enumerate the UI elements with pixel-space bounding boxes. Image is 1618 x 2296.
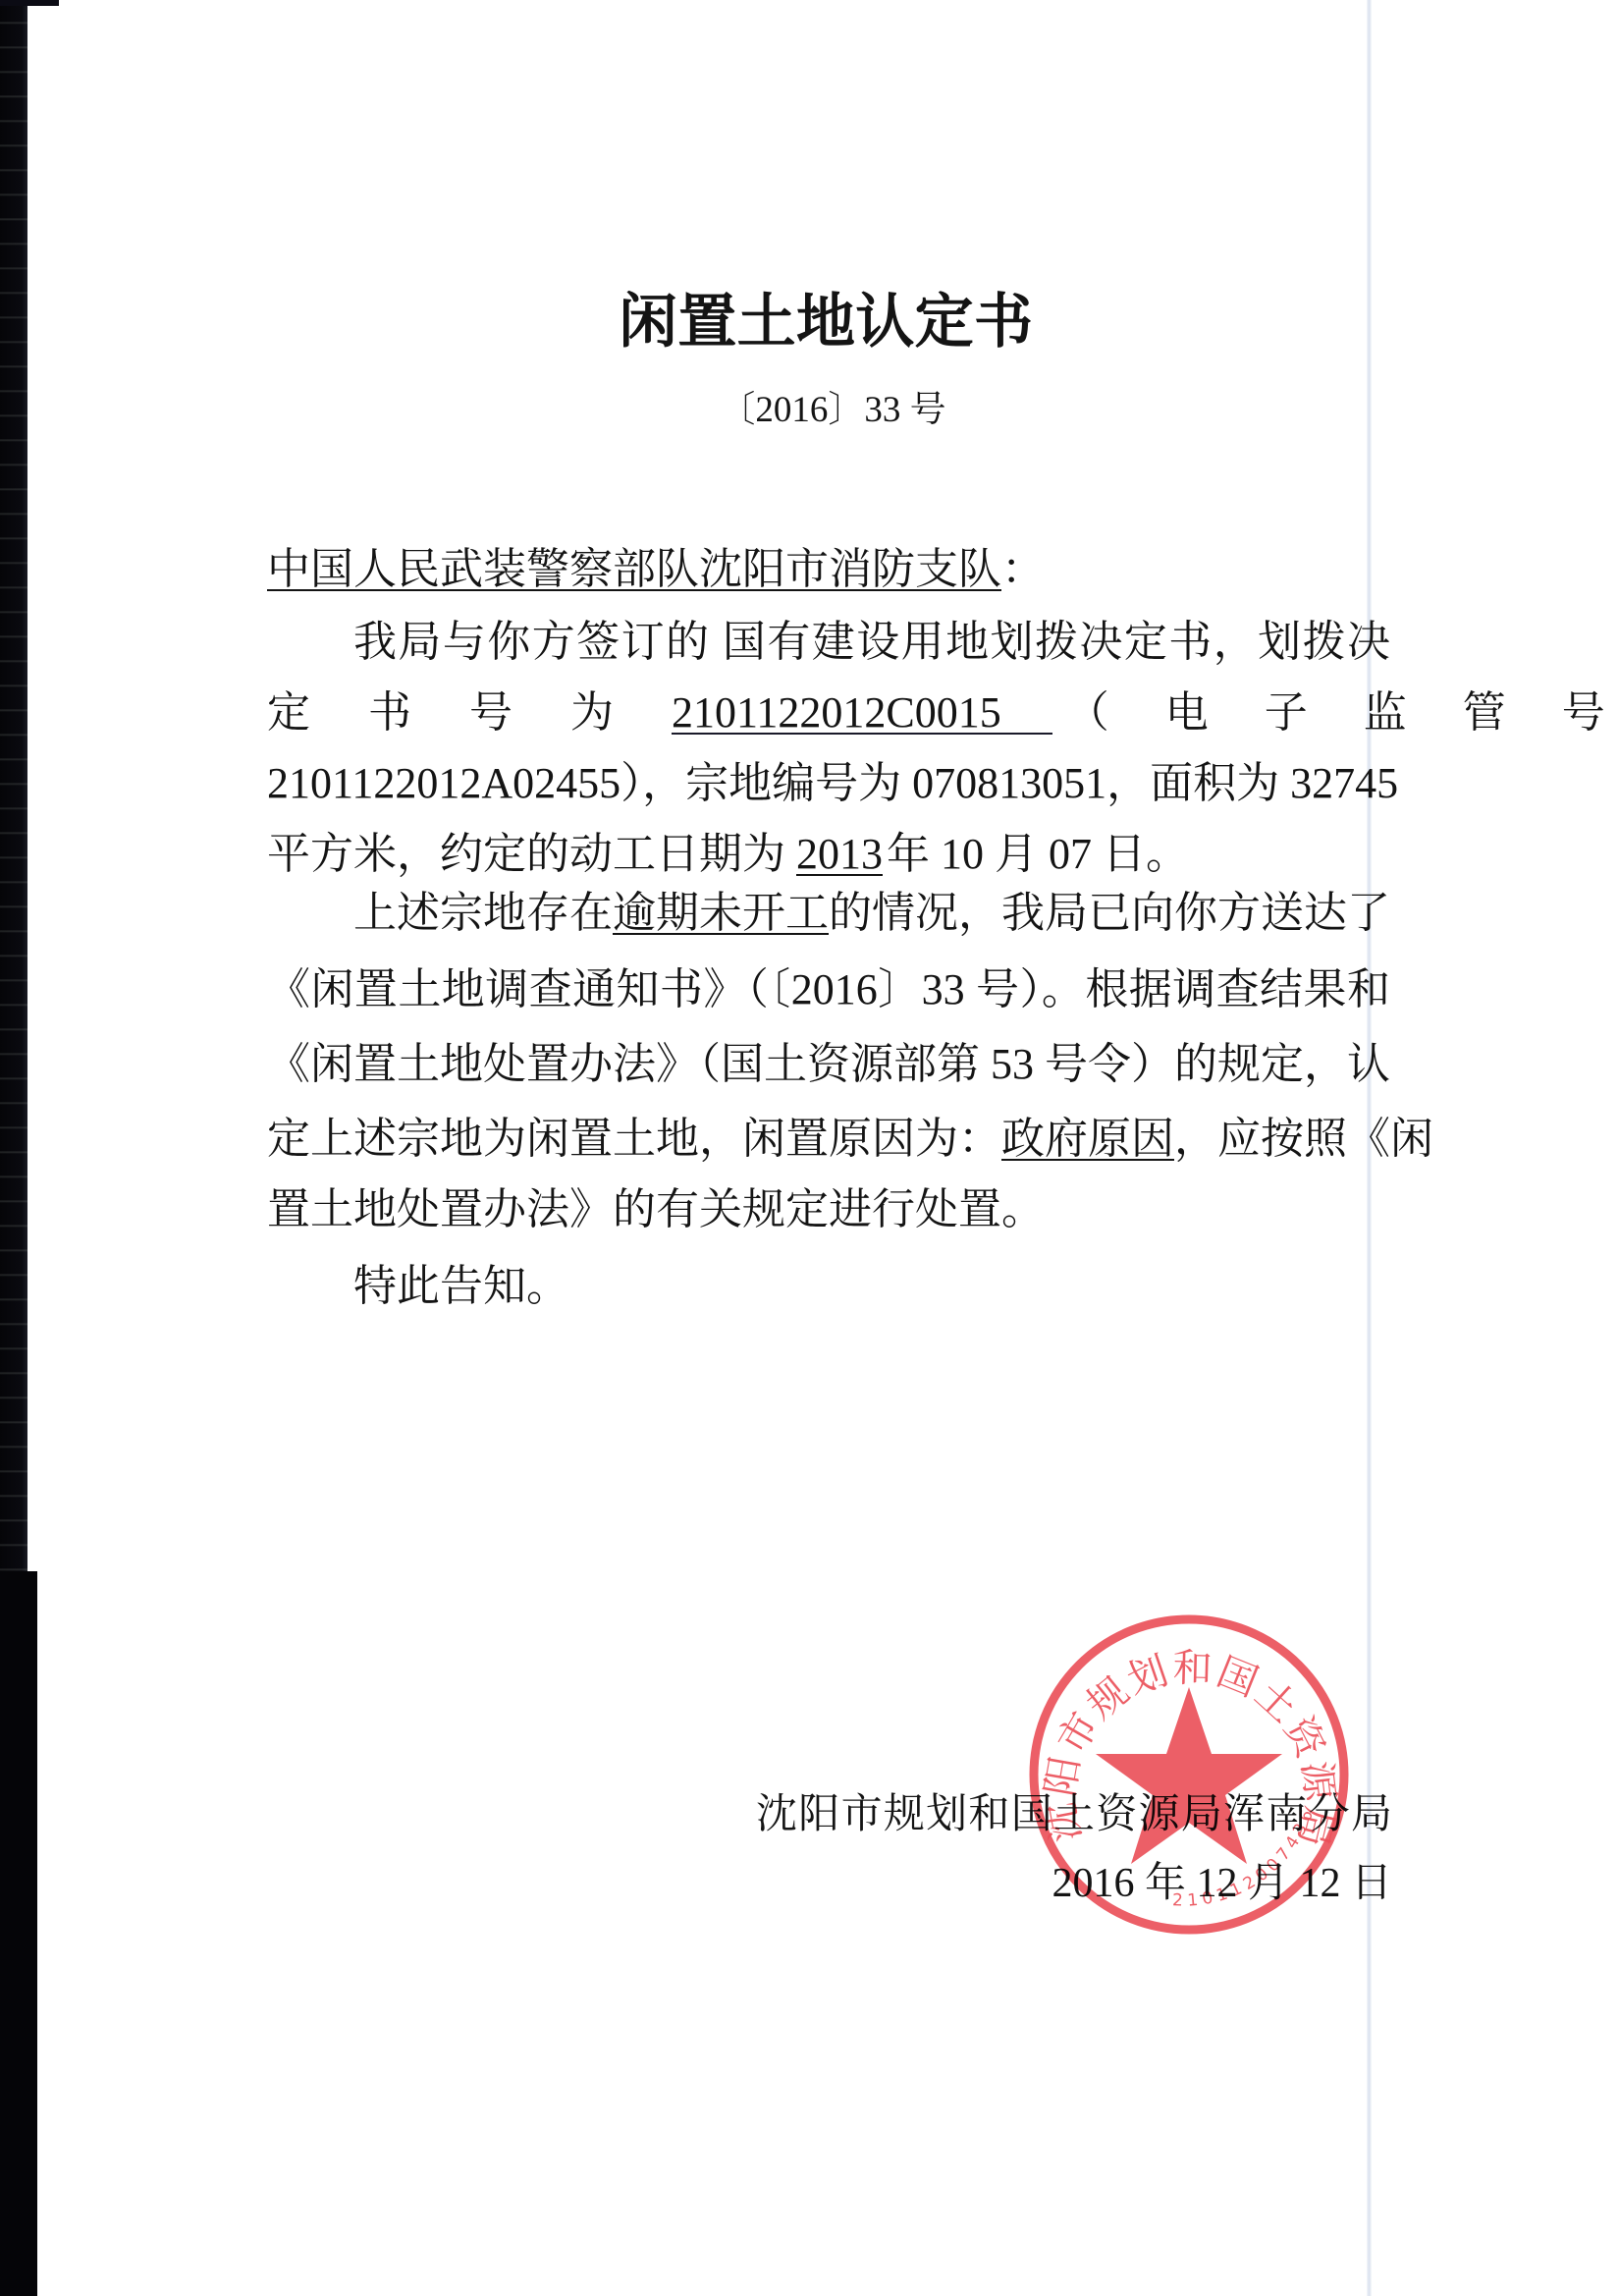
- addressee-line: 中国人民武装警察部队沈阳市消防支队：: [267, 548, 1045, 591]
- decision-label: 定 书 号 为: [267, 688, 672, 737]
- idle-status: 逾期未开工: [613, 889, 829, 937]
- paragraph2-line2: 《闲置土地调查通知书》（〔2016〕33 号）。根据调查结果和: [267, 968, 1390, 1011]
- document-title: 闲置土地认定书: [619, 291, 1033, 354]
- paragraph2-line4: 定上述宗地为闲置土地，闲置原因为：政府原因，应按照《闲: [267, 1118, 1390, 1161]
- paragraph2-line1-prefix: 上述宗地存在: [353, 889, 613, 937]
- document-number: 〔2016〕33 号: [717, 391, 948, 430]
- paragraph2-line3: 《闲置土地处置办法》（国土资源部第 53 号令）的规定，认: [267, 1043, 1390, 1086]
- addressee: 中国人民武装警察部队沈阳市消防支队: [267, 545, 1001, 593]
- scan-border-left-lower: [0, 1571, 37, 2296]
- paragraph2-line1: 上述宗地存在逾期未开工的情况，我局已向你方送达了: [353, 892, 1390, 935]
- start-date-rest: 年 10 月 07 日。: [887, 830, 1189, 878]
- issue-date: 2016 年 12 月 12 日: [1041, 1862, 1392, 1905]
- start-year: 2013: [796, 830, 887, 878]
- paragraph1-line2: 定 书 号 为 2101122012C0015（ 电 子 监 管 号 为: [267, 691, 1390, 735]
- star-icon: [1096, 1687, 1282, 1864]
- supervision-label: （ 电 子 监 管 号 为: [1066, 688, 1618, 737]
- paragraph2-line5: 置土地处置办法》的有关规定进行处置。: [267, 1188, 1045, 1231]
- decision-number: 2101122012C0015: [672, 693, 1052, 735]
- paragraph2-line4-suffix: ，应按照《闲: [1174, 1115, 1433, 1163]
- paragraph1-line3: 2101122012A02455），宗地编号为 070813051，面积为 32…: [267, 762, 1390, 805]
- closing: 特此告知。: [353, 1265, 569, 1308]
- idle-reason: 政府原因: [1001, 1115, 1174, 1163]
- addressee-colon: ：: [1001, 545, 1045, 593]
- idle-reason-label: 定上述宗地为闲置土地，闲置原因为：: [267, 1115, 1001, 1163]
- paragraph2-line1-suffix: 的情况，我局已向你方送达了: [829, 889, 1390, 937]
- start-date-label: 平方米，约定的动工日期为: [267, 830, 796, 878]
- paragraph1-line4: 平方米，约定的动工日期为 2013年 10 月 07 日。: [267, 833, 1189, 876]
- paragraph1-line1: 我局与你方签订的 国有建设用地划拨决定书，划拨决: [353, 621, 1390, 664]
- scan-border-top: [0, 0, 59, 6]
- issuer-signature: 沈阳市规划和国土资源局浑南分局: [756, 1793, 1392, 1836]
